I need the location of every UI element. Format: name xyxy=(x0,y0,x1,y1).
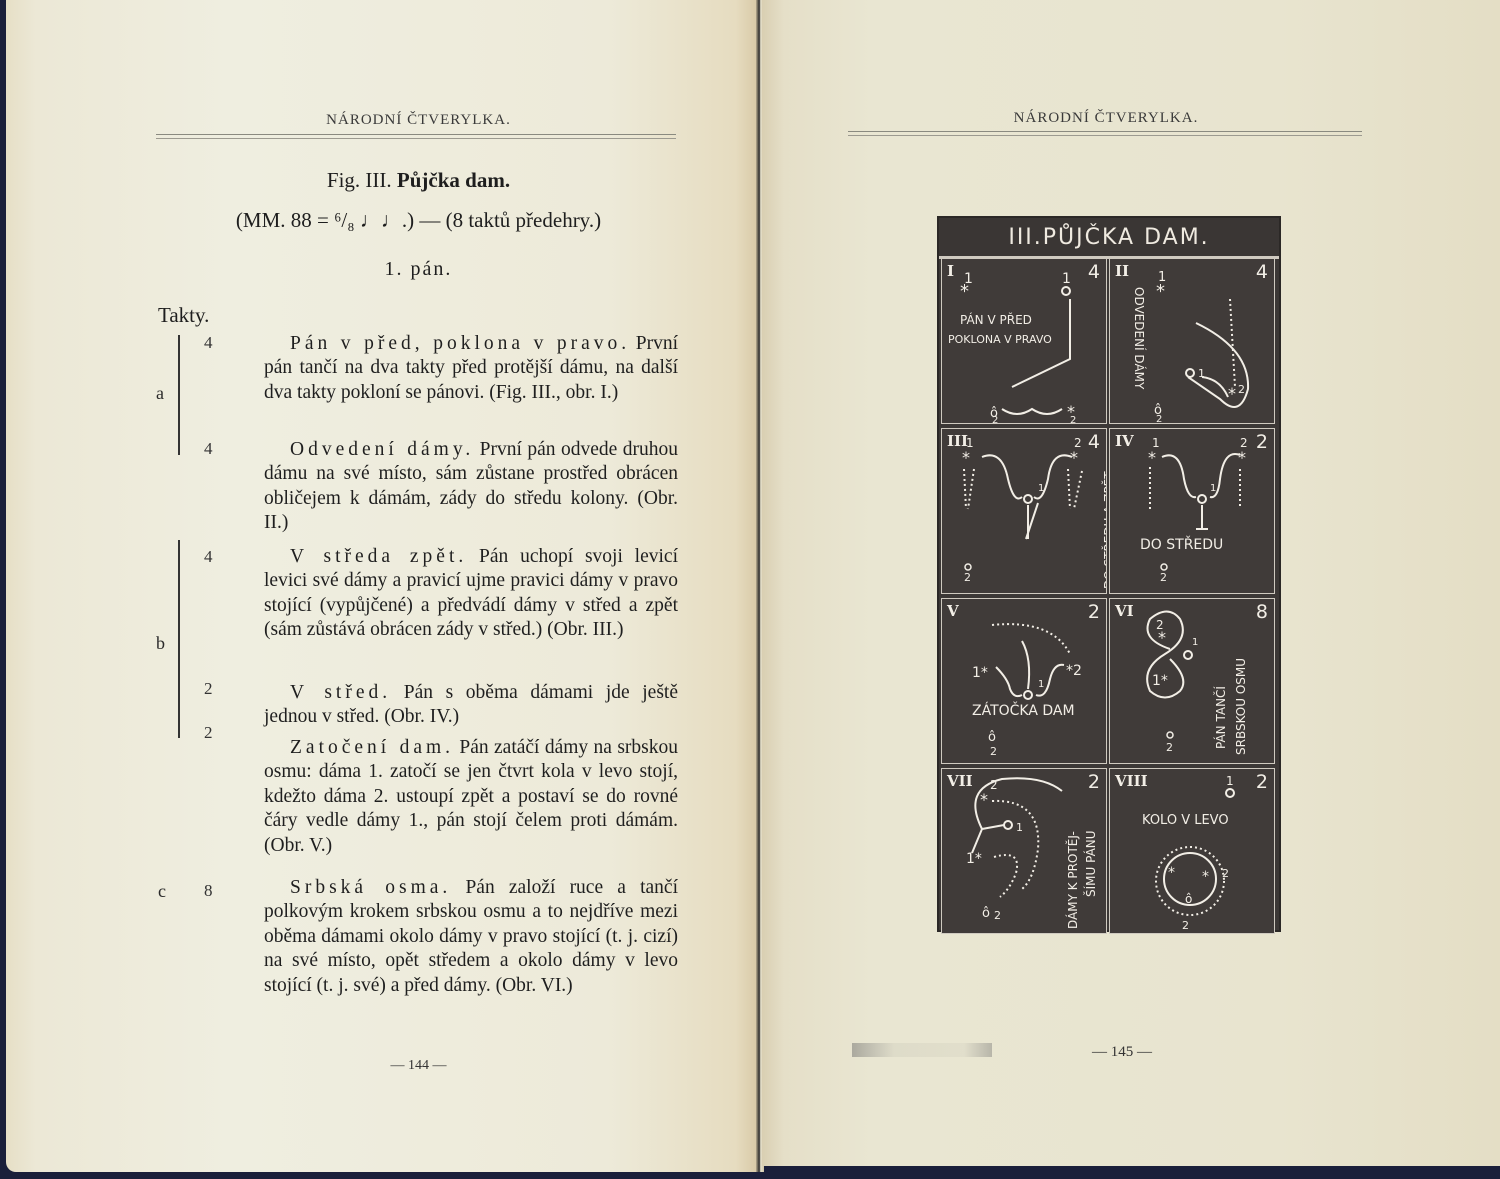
svg-text:*: * xyxy=(1158,628,1166,647)
svg-text:1*: 1* xyxy=(972,665,988,681)
panel-label: DÁMY K PROTĚJ- xyxy=(1066,831,1080,929)
figure-panel-4: 1* 2* 1 2 IV 2 DO STŘEDU xyxy=(1109,428,1275,594)
svg-text:*: * xyxy=(1168,865,1175,881)
figure-panel-5: 1* *2 1 ô2 V 2 ZÁTOČKA DAM xyxy=(941,598,1107,764)
figure-title-prefix: Fig. III. xyxy=(327,168,392,192)
paragraph: Srbská osma. Pán založí ruce a tančí pol… xyxy=(264,876,678,998)
panel-diagram: 1* 2* 1 2 xyxy=(1110,429,1275,594)
svg-text:2: 2 xyxy=(992,415,998,424)
page-number-left: — 144 — xyxy=(156,1058,681,1074)
header-rule-left xyxy=(156,134,676,139)
bar-count: 4 xyxy=(204,439,213,459)
panel-diagram: 1* *2 1 ô2 xyxy=(942,599,1107,764)
svg-text:2: 2 xyxy=(1160,571,1167,584)
panel-label: KOLO V LEVO xyxy=(1142,813,1229,828)
panel-label: SRBSKOU OSMU xyxy=(1234,658,1248,755)
bar-count: 4 xyxy=(204,333,213,353)
paragraph: V středa zpět. Pán uchopí svoji levicí l… xyxy=(264,545,678,643)
svg-text:1: 1 xyxy=(1198,367,1205,380)
svg-text:*: * xyxy=(980,790,988,809)
svg-text:2: 2 xyxy=(1238,383,1245,396)
panel-label: PÁN V PŘED xyxy=(960,313,1032,327)
panel-diagram: 2* 1* 1 2 xyxy=(1110,599,1275,764)
svg-text:*: * xyxy=(1070,448,1078,467)
print-smudge xyxy=(852,1043,992,1057)
dancer-heading: 1. pán. xyxy=(156,258,681,281)
panel-bars: 2 xyxy=(1088,771,1100,793)
bar-count: 8 xyxy=(204,881,213,901)
panel-label: ZÁTOČKA DAM xyxy=(972,703,1075,719)
panel-label: DO STŘEDU A ZPĚT xyxy=(1102,471,1107,589)
panel-diagram: 2* 1 1* ô2 xyxy=(942,769,1107,934)
panel-number: VIII xyxy=(1115,772,1148,790)
section-label-c: c xyxy=(158,881,166,902)
figure-panel-7: 2* 1 1* ô2 VII 2 DÁMY K PROTĚJ- ŠÍMU PÁN… xyxy=(941,768,1107,934)
panel-bars: 2 xyxy=(1088,601,1100,623)
paragraph-heading: Pán v před, poklona v pravo. xyxy=(290,333,630,354)
panel-diagram: 1 * *2 ô 2 xyxy=(1110,769,1275,934)
panel-number: VI xyxy=(1115,602,1134,620)
svg-text:1: 1 xyxy=(1038,679,1044,690)
svg-text:*: * xyxy=(1148,448,1156,467)
panel-number: VII xyxy=(947,772,973,790)
svg-text:*: * xyxy=(962,448,970,467)
svg-text:*: * xyxy=(1228,384,1236,403)
figure-panel-2: 1* 1 *2 ô2 II 4 ODVEDENÍ DÁMY xyxy=(1109,258,1275,424)
running-head-right: NÁRODNÍ ČTVERYLKA. xyxy=(850,110,1362,127)
bar-count: 2 xyxy=(204,723,213,743)
dance-figure-diagram: III.PŮJČKA DAM. 1* 1 ô2 *2 I 4 PÁN V PŘE… xyxy=(937,216,1281,932)
svg-text:*2: *2 xyxy=(1066,663,1082,679)
tempo-line: (MM. 88 = ⁶/₈ ♩♩.) — (8 taktů předehry.) xyxy=(156,208,681,233)
panel-number: IV xyxy=(1115,432,1134,450)
svg-text:ô: ô xyxy=(988,730,996,745)
paragraph-heading: Odvedení dámy. xyxy=(290,439,474,460)
figure-title-name: Půjčka dam. xyxy=(397,168,510,192)
page-number-right: — 145 — xyxy=(1022,1044,1222,1061)
panel-number: II xyxy=(1115,262,1129,280)
header-rule-right xyxy=(848,131,1362,136)
panel-bars: 4 xyxy=(1088,431,1100,453)
left-page: NÁRODNÍ ČTVERYLKA. Fig. III. Půjčka dam.… xyxy=(6,0,758,1172)
panel-label: ŠÍMU PÁNU xyxy=(1084,830,1098,897)
panel-number: III xyxy=(947,432,968,450)
panel-label: PÁN TANČÍ xyxy=(1214,686,1228,749)
svg-text:*: * xyxy=(1156,281,1165,302)
svg-text:2: 2 xyxy=(1222,867,1229,880)
panel-number: V xyxy=(947,602,959,620)
running-head-left: NÁRODNÍ ČTVERYLKA. xyxy=(156,112,681,129)
svg-text:2: 2 xyxy=(1156,414,1162,424)
svg-text:1: 1 xyxy=(1062,271,1071,287)
paragraph: Odvedení dámy. První pán odvede druhou d… xyxy=(264,438,678,536)
section-bracket-a xyxy=(178,335,180,455)
panel-bars: 4 xyxy=(1256,261,1268,283)
figure-panel-6: 2* 1* 1 2 VI 8 PÁN TANČÍ SRBSKOU OSMU xyxy=(1109,598,1275,764)
panel-bars: 2 xyxy=(1256,771,1268,793)
paragraph-heading: V střed. xyxy=(290,682,391,703)
paragraph: V střed. Pán s oběma dámami jde ještě je… xyxy=(264,681,678,730)
svg-text:2: 2 xyxy=(990,745,997,758)
panel-diagram: 1* 2* 1 2 xyxy=(942,429,1107,594)
svg-text:*: * xyxy=(960,281,969,302)
panel-bars: 8 xyxy=(1256,601,1268,623)
svg-text:2: 2 xyxy=(1166,741,1173,754)
panel-label: DO STŘEDU xyxy=(1140,537,1223,553)
svg-text:2: 2 xyxy=(964,571,971,584)
svg-text:2: 2 xyxy=(994,909,1001,922)
svg-text:ô: ô xyxy=(1185,892,1192,906)
bar-count: 4 xyxy=(204,547,213,567)
svg-text:2: 2 xyxy=(1182,919,1189,932)
panel-label: ODVEDENÍ DÁMY xyxy=(1132,287,1146,389)
svg-text:1*: 1* xyxy=(1152,673,1168,689)
bar-count: 2 xyxy=(204,679,213,699)
paragraph-heading: V středa zpět. xyxy=(290,546,467,567)
panel-number: I xyxy=(947,262,954,280)
section-label-b: b xyxy=(156,633,165,654)
figure-panel-1: 1* 1 ô2 *2 I 4 PÁN V PŘED POKLONA V PRAV… xyxy=(941,258,1107,424)
svg-text:1: 1 xyxy=(1226,774,1234,788)
panel-label: POKLONA V PRAVO xyxy=(948,333,1052,346)
svg-text:ô: ô xyxy=(982,906,990,921)
svg-text:*: * xyxy=(1202,869,1209,885)
svg-text:*: * xyxy=(1238,448,1246,467)
section-bracket-b xyxy=(178,540,180,738)
svg-text:2: 2 xyxy=(1070,415,1076,424)
paragraph: Pán v před, poklona v pravo. První pán t… xyxy=(264,332,678,405)
panel-bars: 2 xyxy=(1256,431,1268,453)
figure-panel-3: 1* 2* 1 2 III 4 DO STŘEDU A ZPĚT xyxy=(941,428,1107,594)
paragraph-heading: Srbská osma. xyxy=(290,877,451,898)
svg-text:1: 1 xyxy=(1016,821,1023,834)
section-label-a: a xyxy=(156,383,164,404)
paragraph: Zatočení dam. Pán zatáčí dámy na srbskou… xyxy=(264,736,678,858)
svg-text:2: 2 xyxy=(990,778,998,792)
figure-header: III.PŮJČKA DAM. xyxy=(939,218,1279,259)
takty-label: Takty. xyxy=(158,303,209,328)
panel-bars: 4 xyxy=(1088,261,1100,283)
figure-title: Fig. III. Půjčka dam. xyxy=(156,168,681,193)
svg-text:1*: 1* xyxy=(966,851,982,867)
paragraph-heading: Zatočení dam. xyxy=(290,737,454,758)
svg-text:1: 1 xyxy=(1210,483,1216,494)
svg-text:1: 1 xyxy=(1192,637,1198,648)
figure-panel-8: 1 * *2 ô 2 VIII 2 KOLO V LEVO xyxy=(1109,768,1275,934)
svg-text:1: 1 xyxy=(1038,483,1044,494)
